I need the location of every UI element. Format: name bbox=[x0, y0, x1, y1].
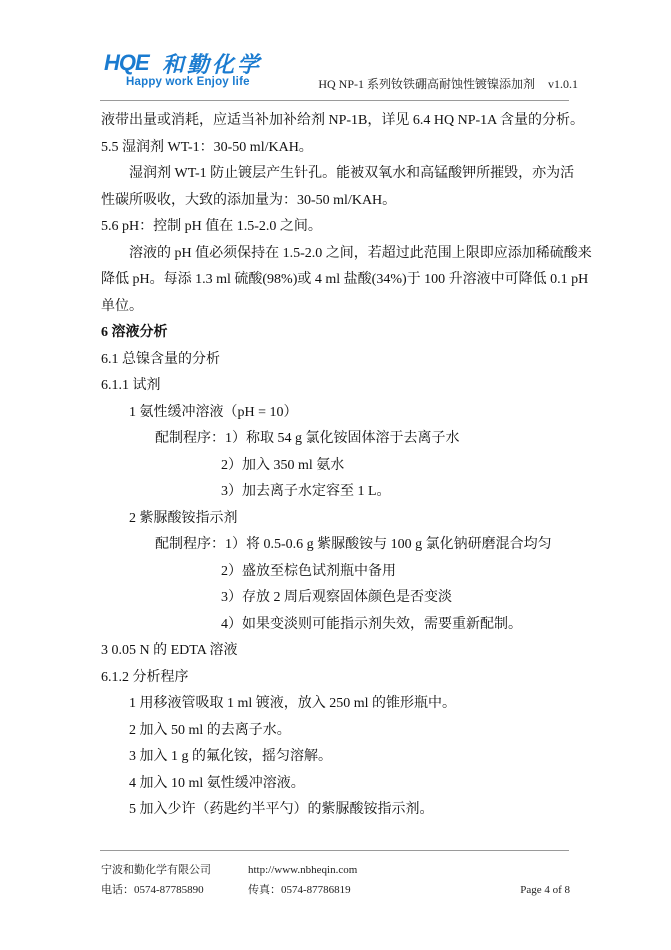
header-divider bbox=[100, 100, 569, 101]
section-heading-6-1-2: 6.1.2 分析程序 bbox=[101, 665, 571, 692]
procedure-step: 2）盛放至棕色试剂瓶中备用 bbox=[101, 559, 571, 586]
list-item: 1 氨性缓冲溶液（pH = 10） bbox=[101, 400, 571, 427]
section-heading-5-5: 5.5 湿润剂 WT-1：30-50 ml/KAH。 bbox=[101, 135, 571, 162]
procedure-step: 配制程序：1）称取 54 g 氯化铵固体溶于去离子水 bbox=[101, 426, 571, 453]
footer-phone: 电话：0574-87785890 bbox=[101, 880, 204, 900]
paragraph-line: 溶液的 pH 值必须保持在 1.5-2.0 之间，若超过此范围上限即应添加稀硫酸… bbox=[101, 241, 571, 268]
paragraph-line: 液带出量或消耗，应适当补加补给剂 NP-1B，详见 6.4 HQ NP-1A 含… bbox=[101, 108, 571, 135]
list-item: 1 用移液管吸取 1 ml 镀液，放入 250 ml 的锥形瓶中。 bbox=[101, 691, 571, 718]
page-footer: 宁波和勤化学有限公司 http://www.nbheqin.com 电话：057… bbox=[101, 860, 570, 900]
document-body: 液带出量或消耗，应适当补加补给剂 NP-1B，详见 6.4 HQ NP-1A 含… bbox=[101, 108, 571, 824]
list-item: 3 加入 1 g 的氟化铵，摇匀溶解。 bbox=[101, 744, 571, 771]
list-item: 2 紫脲酸铵指示剂 bbox=[101, 506, 571, 533]
procedure-step: 3）加去离子水定容至 1 L。 bbox=[101, 479, 571, 506]
page-number: Page 4 of 8 bbox=[520, 880, 570, 900]
section-heading-6-1-1: 6.1.1 试剂 bbox=[101, 373, 571, 400]
list-item: 4 加入 10 ml 氨性缓冲溶液。 bbox=[101, 771, 571, 798]
document-title: HQ NP-1 系列钕铁硼高耐蚀性镀镍添加剂 v1.0.1 bbox=[318, 75, 578, 92]
paragraph-line: 性碳所吸收，大致的添加量为：30-50 ml/KAH。 bbox=[101, 188, 571, 215]
section-heading-6: 6 溶液分析 bbox=[101, 320, 571, 347]
footer-website-link[interactable]: http://www.nbheqin.com bbox=[248, 860, 357, 880]
paragraph-line: 降低 pH。每添 1.3 ml 硫酸(98%)或 4 ml 盐酸(34%)于 1… bbox=[101, 267, 571, 294]
list-item: 5 加入少许（药匙约半平勺）的紫脲酸铵指示剂。 bbox=[101, 797, 571, 824]
procedure-step: 配制程序：1）将 0.5-0.6 g 紫脲酸铵与 100 g 氯化钠研磨混合均匀 bbox=[101, 532, 571, 559]
document-title-text: HQ NP-1 系列钕铁硼高耐蚀性镀镍添加剂 bbox=[318, 77, 535, 91]
paragraph-line: 单位。 bbox=[101, 294, 571, 321]
list-item: 2 加入 50 ml 的去离子水。 bbox=[101, 718, 571, 745]
procedure-step: 3）存放 2 周后观察固体颜色是否变淡 bbox=[101, 585, 571, 612]
logo-mark: HQE bbox=[104, 50, 149, 76]
procedure-step: 2）加入 350 ml 氨水 bbox=[101, 453, 571, 480]
paragraph-line: 湿润剂 WT-1 防止镀层产生针孔。能被双氧水和高锰酸钾所摧毁，亦为活 bbox=[101, 161, 571, 188]
document-version: v1.0.1 bbox=[548, 77, 578, 91]
footer-fax: 传真：0574-87786819 bbox=[248, 880, 351, 900]
logo-company-name: 和勤化学 bbox=[162, 48, 262, 79]
procedure-step: 4）如果变淡则可能指示剂失效，需要重新配制。 bbox=[101, 612, 571, 639]
section-heading-5-6: 5.6 pH：控制 pH 值在 1.5-2.0 之间。 bbox=[101, 214, 571, 241]
list-item: 3 0.05 N 的 EDTA 溶液 bbox=[101, 638, 571, 665]
logo-tagline: Happy work Enjoy life bbox=[126, 76, 250, 88]
section-heading-6-1: 6.1 总镍含量的分析 bbox=[101, 347, 571, 374]
footer-company: 宁波和勤化学有限公司 bbox=[101, 860, 211, 880]
footer-divider bbox=[100, 850, 569, 851]
company-logo: HQE 和勤化学 Happy work Enjoy life bbox=[104, 46, 284, 94]
